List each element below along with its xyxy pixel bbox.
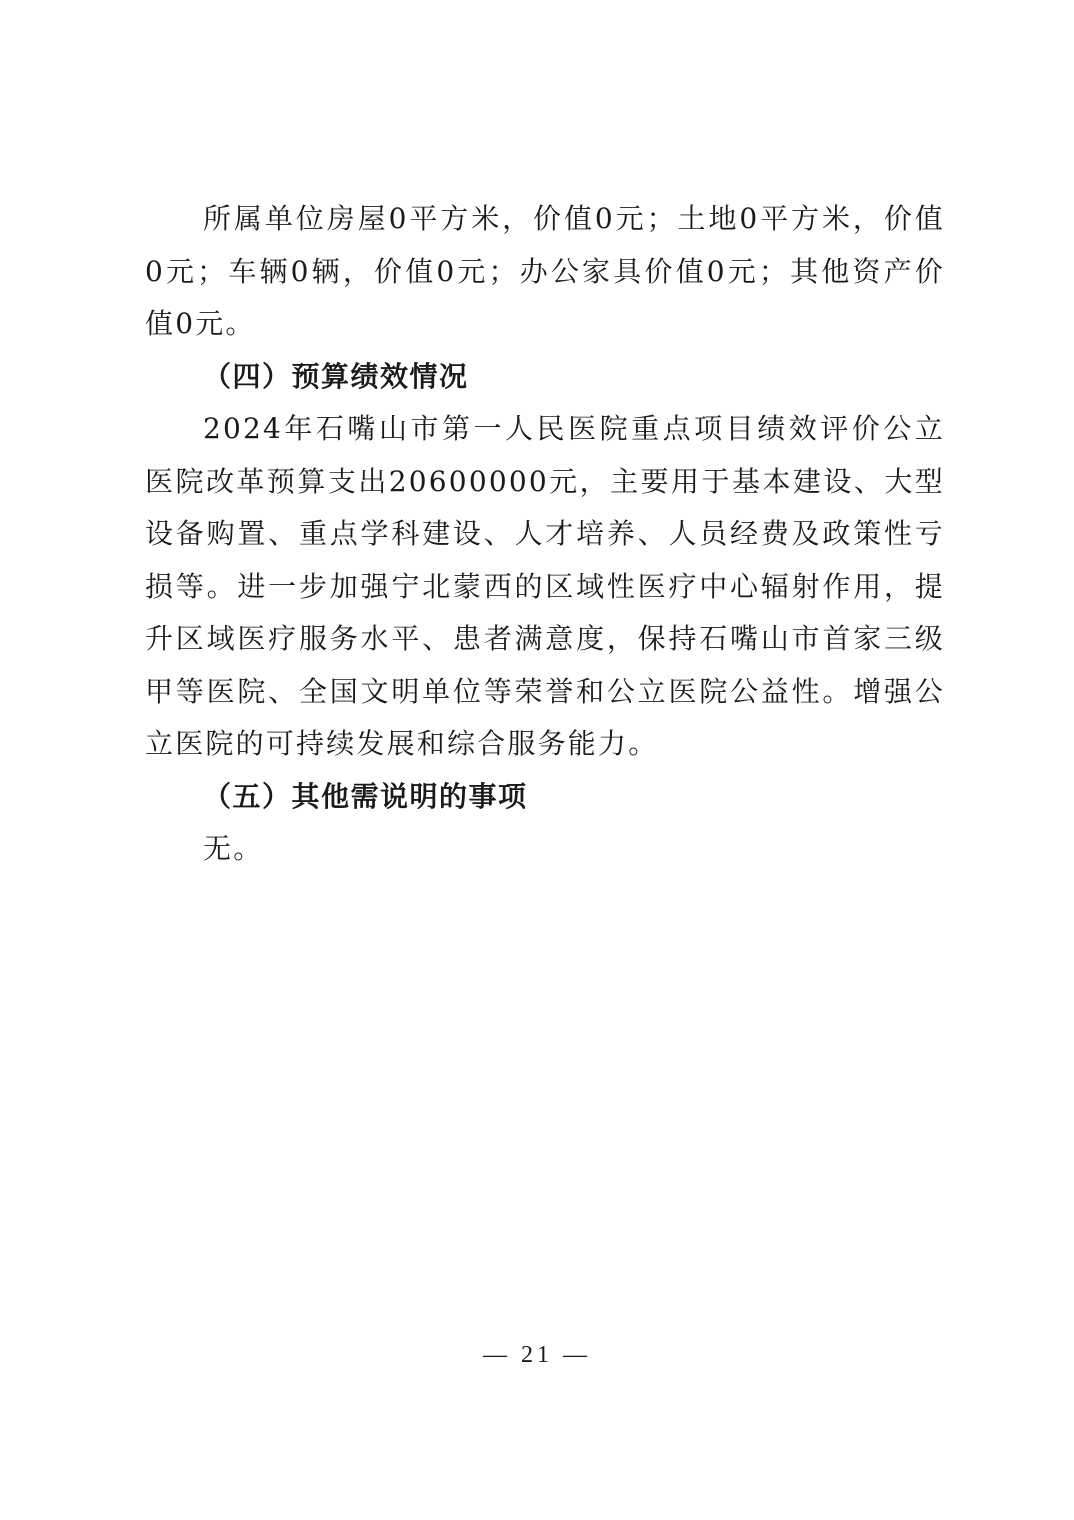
document-page: 所属单位房屋0平方米，价值0元；土地0平方米，价值0元；车辆0辆，价值0元；办公… bbox=[0, 0, 1074, 1520]
document-body: 所属单位房屋0平方米，价值0元；土地0平方米，价值0元；车辆0辆，价值0元；办公… bbox=[145, 193, 945, 876]
section-heading-other-matters: （五）其他需说明的事项 bbox=[145, 771, 945, 824]
assets-paragraph: 所属单位房屋0平方米，价值0元；土地0平方米，价值0元；车辆0辆，价值0元；办公… bbox=[145, 193, 945, 351]
other-matters-paragraph: 无。 bbox=[145, 823, 945, 876]
section-heading-budget-performance: （四）预算绩效情况 bbox=[145, 351, 945, 404]
budget-performance-paragraph: 2024年石嘴山市第一人民医院重点项目绩效评价公立医院改革预算支出2060000… bbox=[145, 403, 945, 771]
page-number: — 21 — bbox=[0, 1342, 1074, 1369]
